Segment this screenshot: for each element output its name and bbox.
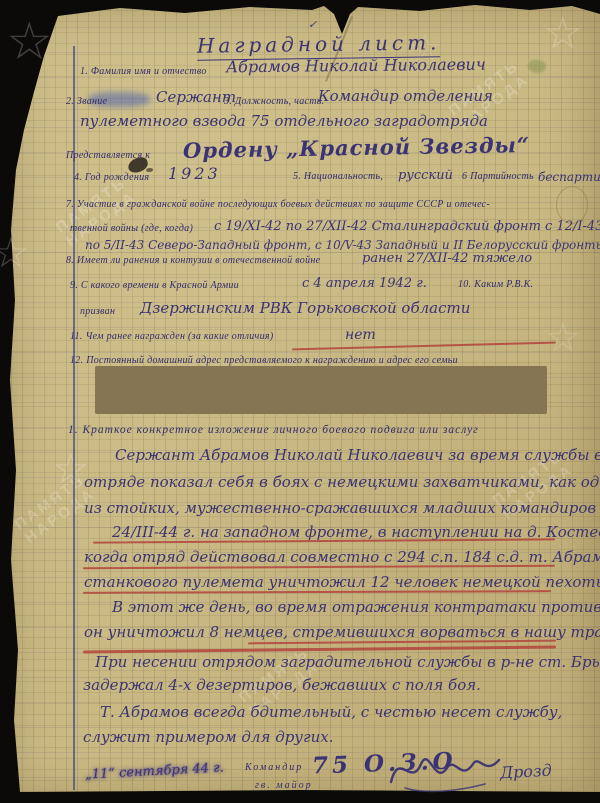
feat-line-7: В этот же день, во время отражения контр… (112, 598, 600, 616)
feat-line-1: Сержант Абрамов Николай Николаевич за вр… (115, 446, 600, 464)
field-birthyear-label: 4. Год рождения (74, 172, 149, 183)
field-party-value: беспартийный (538, 170, 600, 184)
commander-signature (385, 742, 505, 794)
feat-line-3: из стойких, мужественно-сражавшихся млад… (84, 499, 596, 517)
field-rank-label: 2. Звание (66, 96, 107, 107)
feat-line-12: служит примером для других. (83, 728, 333, 746)
field-birthyear-value: 1923 (168, 164, 221, 183)
field-position-value-2: пулеметного взвода 75 отдельного заградо… (80, 112, 488, 130)
feat-line-10: задержал 4-х дезертиров, бежавших с поля… (83, 676, 481, 694)
feat-line-6: станкового пулемета уничтожил 12 человек… (84, 573, 600, 591)
field-service-since-value: с 4 апреля 1942 г. (302, 276, 427, 291)
field-wounds-value: ранен 27/XII-42 тяжело (362, 251, 532, 266)
field-participation-value: с 19/XI-42 по 27/XII-42 Сталинградский ф… (214, 219, 600, 234)
field-wounds-label: 8. Имеет ли ранения и контузии в отечест… (66, 255, 320, 266)
field-prior-awards-label: 11. Чем ранее награжден (за какие отличи… (70, 331, 274, 342)
field-prior-awards-value: нет (345, 327, 376, 343)
feat-line-9: При несении отрядом заградительной служб… (95, 653, 600, 671)
scanned-award-document: ☆ ☆ ☆ ПАМЯТЬ НАРОДА ПАМЯТЬ НАРОДА ☆ ☆ ☆ … (0, 0, 600, 803)
field-participation-value-2: по 5/II-43 Северо-Западный фронт, с 10/V… (85, 238, 600, 252)
field-rvk-label: 10. Каким Р.В.К. (458, 279, 533, 290)
field-name-label: 1. Фамилия имя и отчество (80, 66, 207, 77)
field-participation-label-2: твенной войны (где, когда) (70, 223, 193, 234)
field-name-value: Абрамов Николай Николаевич (226, 55, 486, 77)
signature-name: Дрозд (500, 761, 553, 783)
commander-label: Командир (245, 762, 303, 773)
check-mark: ✓ (308, 18, 317, 31)
field-position-value: Командир отделения (318, 87, 493, 105)
feat-section-heading: 1. Краткое конкретное изложение личного … (68, 424, 479, 436)
commander-rank: гв. майор (255, 780, 313, 791)
redaction-box (95, 366, 547, 414)
field-party-label: 6 Партийность (462, 171, 534, 182)
feat-line-5: когда отряд действовал совместно с 294 с… (84, 548, 600, 566)
field-address-label: 12. Постоянный домашний адрес представля… (70, 355, 458, 366)
field-nationality-label: 5. Национальность, (293, 171, 383, 182)
field-award-label: Представляется к (66, 150, 150, 161)
field-position-label: 3. Должность, часть. (224, 96, 324, 107)
feat-line-11: Т. Абрамов всегда бдительный, с честью н… (100, 703, 562, 721)
field-service-since-label: 9. С какого времени в Красной Армии (70, 280, 239, 291)
field-drafted-label: призван (80, 306, 115, 317)
feat-line-8: он уничтожил 8 немцев, стремившихся ворв… (84, 623, 600, 641)
field-participation-label: 7. Участие в гражданской войне последующ… (66, 199, 490, 210)
feat-line-2: отряде показал себя в боях с немецкими з… (84, 473, 600, 491)
field-drafted-value: Дзержинским РВК Горьковской области (140, 299, 470, 317)
field-nationality-value: русский (398, 168, 453, 183)
